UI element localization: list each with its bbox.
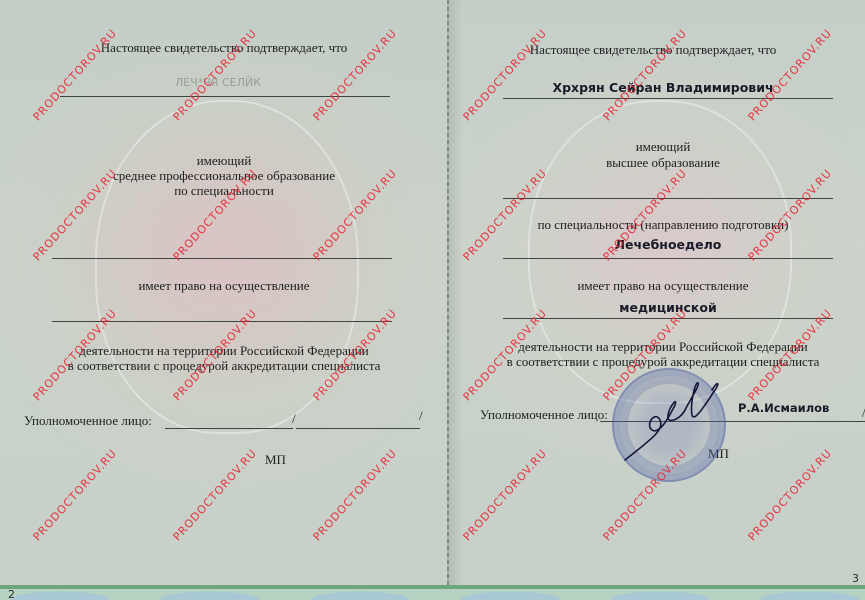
specialty-value: Лечебноедело	[503, 237, 833, 252]
education-line	[503, 198, 833, 199]
name-line	[296, 428, 420, 429]
holder-name-line	[60, 96, 390, 97]
holder-name-value: Хрхрян Сейран Владимирович	[508, 80, 818, 95]
page-number-left: 2	[8, 588, 15, 600]
signature-line	[165, 428, 293, 429]
by-specialty-text: по специальности	[0, 183, 448, 198]
bleed-through-text: ЛЕЧ*ЧЯ СЕЛЙК	[175, 76, 261, 89]
right-page: Настоящее свидетельство подтверждает, чт…	[448, 0, 865, 600]
by-specialty-text: по специальности (направлению подготовки…	[448, 217, 865, 232]
signature-icon	[620, 375, 730, 465]
activity-type-value: медицинской	[503, 300, 833, 315]
right-to-text: имеет право на осуществление	[0, 278, 448, 293]
book-spine-stitching	[447, 0, 449, 600]
activity-type-line	[52, 321, 392, 322]
activity-line-2: в соответствии с процедурой аккредитации…	[448, 354, 865, 369]
holder-name-line	[503, 98, 833, 99]
activity-line-1: деятельности на территории Российской Фе…	[0, 343, 448, 358]
right-to-text: имеет право на осуществление	[448, 278, 865, 293]
spine-shadow	[449, 0, 463, 600]
intro-text: Настоящее свидетельство подтверждает, чт…	[0, 40, 448, 55]
authorized-person-label: Уполномоченное лицо:	[24, 413, 152, 428]
activity-line-2: в соответствии с процедурой аккредитации…	[0, 358, 448, 373]
specialty-line	[503, 258, 833, 259]
page-number-right: 3	[852, 572, 859, 585]
certificate-spread: Настоящее свидетельство подтверждает, чт…	[0, 0, 865, 600]
seal-label: МП	[265, 452, 286, 467]
activity-line-1: деятельности на территории Российской Фе…	[448, 339, 865, 354]
left-page: Настоящее свидетельство подтверждает, чт…	[0, 0, 448, 600]
having-text: имеющий	[448, 139, 865, 154]
authorized-person-label: Уполномоченное лицо:	[480, 407, 608, 422]
education-level-text: высшее образование	[448, 155, 865, 170]
authorized-person-name: Р.А.Исмаилов	[738, 401, 829, 415]
education-level-text: среднее профессиональное образование	[0, 168, 448, 183]
slash-separator: /	[292, 411, 296, 426]
slash-separator: /	[419, 408, 423, 423]
activity-type-line	[503, 318, 833, 319]
decorative-bottom-border	[0, 585, 865, 600]
guilloche-rosette	[95, 100, 359, 434]
intro-text: Настоящее свидетельство подтверждает, чт…	[448, 42, 858, 57]
specialty-line	[52, 258, 392, 259]
having-text: имеющий	[0, 153, 448, 168]
